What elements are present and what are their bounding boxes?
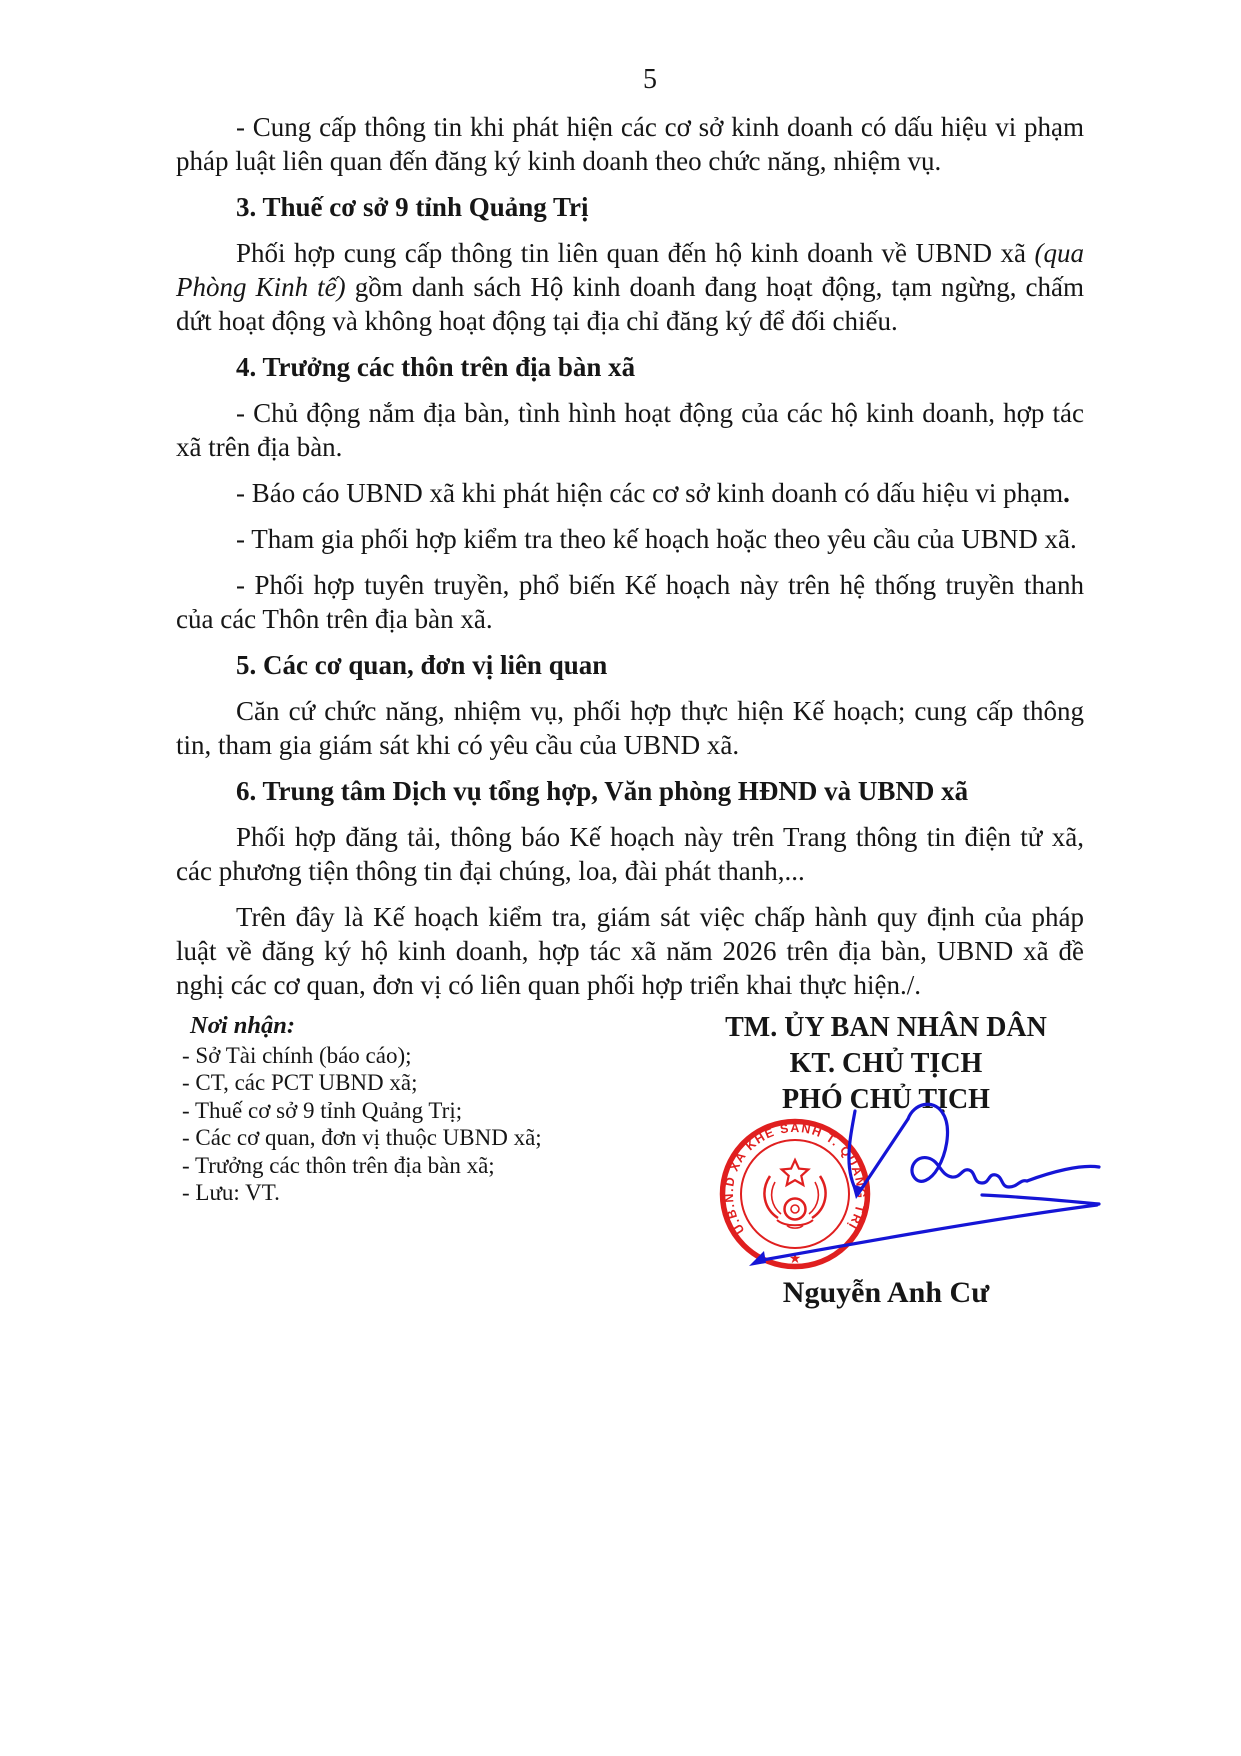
recipient-item: - Trưởng các thôn trên địa bàn xã; (182, 1152, 612, 1180)
recipient-item: - CT, các PCT UBND xã; (182, 1069, 612, 1097)
recipient-item: - Các cơ quan, đơn vị thuộc UBND xã; (182, 1124, 612, 1152)
paragraph: Trên đây là Kế hoạch kiểm tra, giám sát … (176, 900, 1084, 1002)
document-body: - Cung cấp thông tin khi phát hiện các c… (176, 110, 1084, 1002)
recipients-title: Nơi nhận: (182, 1012, 612, 1040)
recipients-list: - Sở Tài chính (báo cáo);- CT, các PCT U… (182, 1042, 612, 1207)
paragraph: - Báo cáo UBND xã khi phát hiện các cơ s… (176, 476, 1084, 510)
signature-ink (735, 1095, 1115, 1275)
section-heading: 6. Trung tâm Dịch vụ tổng hợp, Văn phòng… (176, 774, 1084, 808)
signer-name: Nguyễn Anh Cư (636, 1276, 1136, 1310)
section-heading: 3. Thuế cơ sở 9 tỉnh Quảng Trị (176, 190, 1084, 224)
paragraph: - Chủ động nắm địa bàn, tình hình hoạt đ… (176, 396, 1084, 464)
paragraph: - Phối hợp tuyên truyền, phổ biến Kế hoạ… (176, 568, 1084, 636)
document-page: 5 - Cung cấp thông tin khi phát hiện các… (0, 0, 1241, 1756)
signature-title-line: KT. CHỦ TỊCH (636, 1046, 1136, 1082)
recipients-block: Nơi nhận: - Sở Tài chính (báo cáo);- CT,… (182, 1012, 612, 1207)
paragraph: - Tham gia phối hợp kiểm tra theo kế hoạ… (176, 522, 1084, 556)
paragraph: - Cung cấp thông tin khi phát hiện các c… (176, 110, 1084, 178)
section-heading: 4. Trưởng các thôn trên địa bàn xã (176, 350, 1084, 384)
paragraph: Phối hợp đăng tải, thông báo Kế hoạch nà… (176, 820, 1084, 888)
recipient-item: - Lưu: VT. (182, 1179, 612, 1207)
page-number: 5 (196, 64, 1104, 96)
paragraph: Phối hợp cung cấp thông tin liên quan đế… (176, 236, 1084, 338)
recipient-item: - Sở Tài chính (báo cáo); (182, 1042, 612, 1070)
recipient-item: - Thuế cơ sở 9 tỉnh Quảng Trị; (182, 1097, 612, 1125)
section-heading: 5. Các cơ quan, đơn vị liên quan (176, 648, 1084, 682)
paragraph: Căn cứ chức năng, nhiệm vụ, phối hợp thự… (176, 694, 1084, 762)
signature-org-line: TM. ỦY BAN NHÂN DÂN (636, 1010, 1136, 1046)
